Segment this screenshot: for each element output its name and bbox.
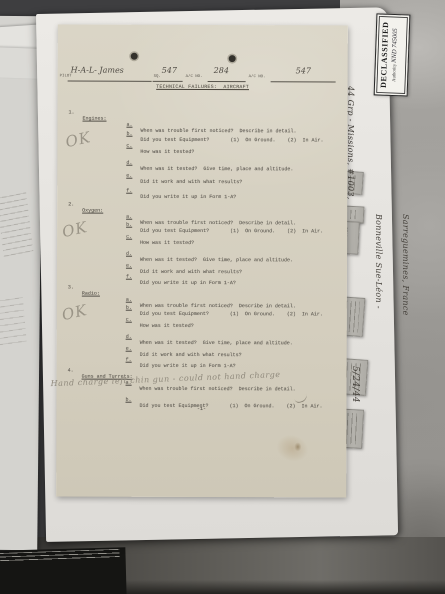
declassified-stamp: DECLASSIFIED Authority NND 745005: [374, 13, 413, 98]
form-line: f. Did you write it up in Form 1-A?: [57, 350, 347, 357]
stamp-title: DECLASSIFIED: [379, 15, 391, 95]
section-title: Oxygen:: [82, 208, 103, 214]
squadron-number-handwritten: 547: [162, 66, 177, 75]
page-number: -1-: [56, 405, 346, 412]
stamp-box: DECLASSIFIED Authority NND 745005: [374, 13, 411, 96]
fill-line: [68, 81, 152, 82]
paper-stain: [273, 431, 312, 466]
section-title: Radio:: [82, 291, 100, 297]
form-line: b. Did you test Equipment? (1) On Ground…: [57, 215, 347, 222]
item-letter: c.: [126, 143, 132, 149]
stamp-authority: Authority NND 745005: [390, 15, 400, 95]
section-number: 3.: [68, 285, 74, 291]
margin-note-line: Sarreguemines, France: [401, 214, 410, 316]
form-line: d. When was it tested? Give time, place …: [57, 244, 347, 251]
form-line: d. When was it tested? Give time, place …: [57, 327, 347, 334]
form-line: f. Did you write it up in Form 1-A?: [57, 267, 347, 274]
form-line: 1. Engines: a. When was trouble first no…: [58, 103, 348, 110]
item-letter: e.: [126, 173, 132, 179]
form-line: f. Did you write it up in Form 1-A?: [57, 181, 347, 188]
form-line: c. How was it tested?: [57, 310, 347, 317]
squadron-label: SQ.: [154, 75, 161, 79]
pilot-name-handwritten: H-A-L- James: [71, 66, 124, 75]
margin-date: 5/24/44: [350, 366, 360, 403]
punch-hole: [229, 55, 236, 62]
form-line: e. Did it work and with what results?: [57, 256, 347, 263]
dark-paper-stack: [0, 547, 127, 594]
fill-line: [153, 81, 183, 82]
paper-stain: [294, 442, 301, 451]
form-line: b. Did you test Equipment? (1) On Ground…: [57, 298, 347, 305]
form-line: e. Did it work and with what results?: [57, 339, 347, 346]
form-line: 4. Guns and Turrets:: [57, 361, 347, 368]
form-line: 2. Oxygen: a. When was trouble first not…: [57, 195, 347, 202]
form-line: 3. Radio: a. When was trouble first noti…: [57, 278, 347, 285]
item-letter: c.: [126, 234, 132, 240]
form-line: d. When was it tested? Give time, place …: [57, 153, 347, 160]
item-letter: c.: [126, 317, 132, 323]
form-line: b. Did you test Equipment? (1) On Ground…: [57, 124, 347, 131]
section-number: 1.: [69, 110, 75, 116]
form-line: c. How was it tested?: [57, 227, 347, 234]
form-line: e. Did it work and with what results?: [57, 166, 347, 173]
margin-note-targets: Sarreguemines, France Bonneville Sue-Léo…: [356, 214, 428, 316]
pilot-label: PILOT: [60, 75, 72, 79]
aircraft-number-label: A/C NO.: [249, 75, 266, 79]
item-letter: d.: [126, 160, 132, 166]
aircraft-number-handwritten: 284: [214, 66, 229, 75]
ok-handwritten-note: OK: [64, 128, 93, 151]
item-letter: f.: [126, 188, 132, 194]
form-line: c. How was it tested?: [57, 136, 347, 143]
paper-edge-lines: [0, 549, 120, 562]
aircraft-number-label: A/C NO.: [186, 75, 203, 79]
document-page: PILOT H-A-L- James SQ. 547 A/C NO. 284 A…: [56, 24, 348, 497]
section-number: 2.: [68, 202, 74, 208]
fill-line: [271, 81, 336, 82]
ok-handwritten-note: OK: [60, 218, 89, 241]
margin-note-line: Bonneville Sue-Léon -: [374, 214, 383, 316]
item-letter: b.: [126, 397, 132, 403]
paper-corner: [0, 47, 39, 79]
fill-line: [208, 81, 246, 82]
ok-handwritten-note: OK: [60, 301, 89, 324]
pencil-notes-fragment: [0, 297, 27, 349]
left-paper-stack: [0, 16, 43, 550]
stamp-authority-label: Authority: [391, 64, 397, 82]
photo-scene: Abortives 44 Grp - Missions, #1003, Sarr…: [0, 0, 445, 594]
stamp-authority-number: NND 745005: [391, 28, 399, 63]
punch-hole: [131, 53, 138, 60]
section-title: Engines:: [82, 116, 106, 122]
page-title: TECHNICAL FAILURES: AIRCRAFT: [58, 83, 348, 90]
aircraft-number-handwritten: 547: [296, 66, 311, 75]
